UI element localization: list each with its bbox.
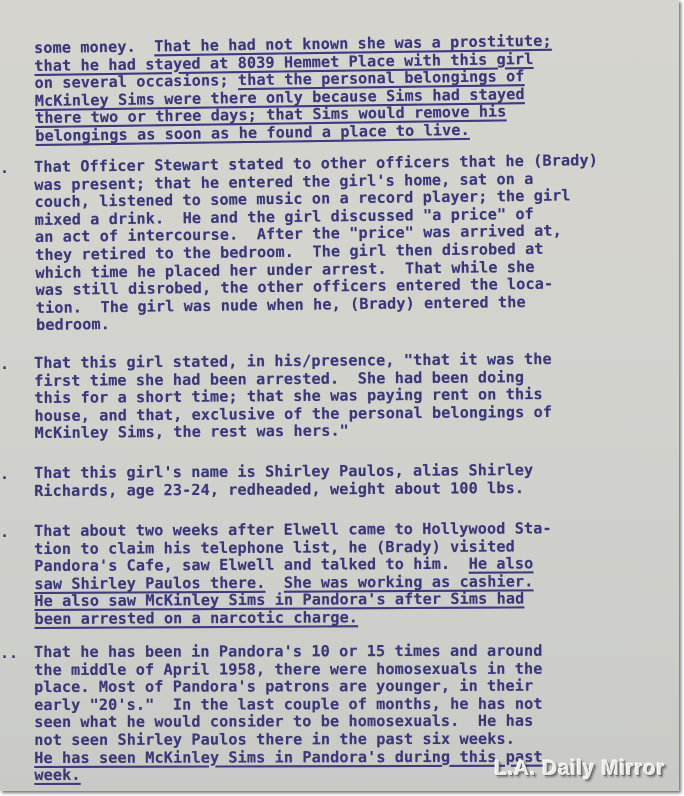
typewritten-document-page: some money. That he had not known she wa… <box>0 0 679 791</box>
text-line: McKinley Sims, the rest was hers." <box>35 421 553 443</box>
text-segment: Richards, age 23-24, redheaded, weight a… <box>34 479 524 500</box>
underlined-text: week. <box>34 766 80 784</box>
paragraph-number: . <box>0 159 9 177</box>
text-segment: place. Most of Pandora's patrons are you… <box>34 677 533 696</box>
paragraph: some money. That he had not known she wa… <box>34 33 553 146</box>
paragraph-number: . <box>0 465 9 483</box>
text-segment: McKinley Sims, the rest was hers." <box>35 422 349 442</box>
paragraph: That about two weeks after Elwell came t… <box>34 520 552 628</box>
paragraph: That this girl stated, in his/presence, … <box>34 351 552 443</box>
paragraph-number: . <box>0 355 9 373</box>
underlined-text: He also <box>469 555 534 573</box>
text-segment: That he has been in Pandora's 10 or 15 t… <box>34 642 542 661</box>
paragraph-number: .. <box>0 644 18 662</box>
underlined-text: She was working as cashier. <box>284 572 534 591</box>
paragraph: That he has been in Pandora's 10 or 15 t… <box>34 643 543 785</box>
paragraph: That this girl's name is Shirley Paulos,… <box>34 462 533 500</box>
underlined-text: He has seen McKinley Sims in Pandora's d… <box>34 747 542 766</box>
underlined-text: He also saw McKinley Sims in Pandora's a… <box>34 590 524 611</box>
text-line: He has seen McKinley Sims in Pandora's d… <box>34 748 542 767</box>
paragraph: That Officer Stewart stated to other off… <box>34 152 600 335</box>
text-line: been arrested on a narcotic charge. <box>34 608 552 628</box>
text-segment: bedroom. <box>36 315 110 334</box>
text-segment: the middle of April 1958, there were hom… <box>34 659 542 678</box>
text-segment: seen what he would consider to be homose… <box>34 712 533 731</box>
underlined-text: been arrested on a narcotic charge. <box>34 608 358 628</box>
text-line: Richards, age 23-24, redheaded, weight a… <box>34 480 533 501</box>
text-line: week. <box>34 766 542 785</box>
text-segment: early "20's." In the last couple of mont… <box>34 694 542 713</box>
paragraph-number: . <box>0 523 9 541</box>
underlined-text: that Sims would remove his <box>266 103 507 124</box>
watermark: L.A. Daily Mirror <box>494 757 665 781</box>
text-segment <box>265 573 284 591</box>
underlined-text: saw Shirley Paulos there. <box>34 574 265 593</box>
text-segment: some money. <box>34 37 154 57</box>
text-segment: not seen Shirley Paulos there in the pas… <box>34 730 515 749</box>
